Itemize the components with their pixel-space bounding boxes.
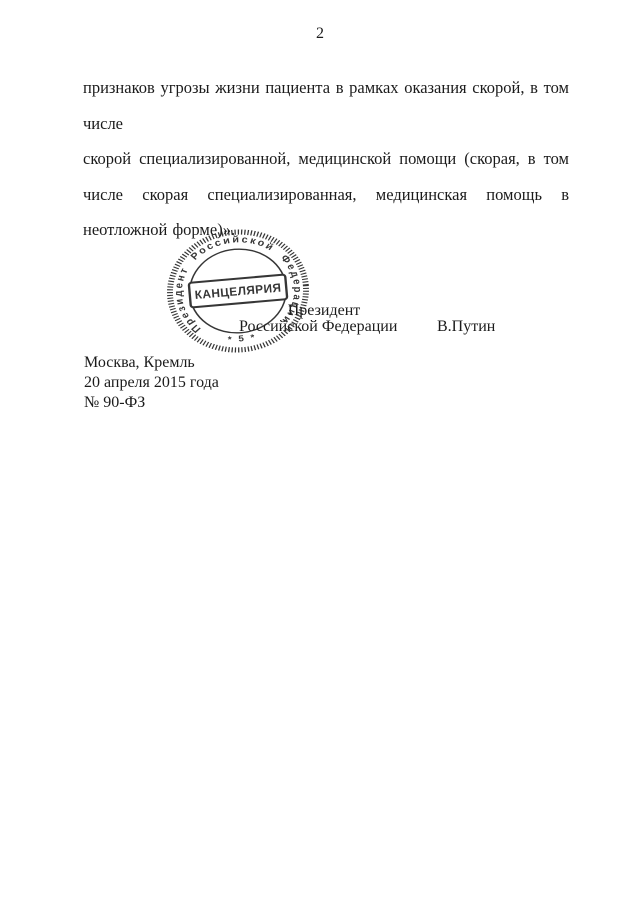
stamp-bottom-number: * 5 * bbox=[228, 333, 257, 345]
body-paragraph: признаков угрозы жизни пациента в рамках… bbox=[83, 70, 569, 248]
body-line: неотложной форме)». bbox=[83, 212, 569, 248]
body-line: признаков угрозы жизни пациента в рамках… bbox=[83, 70, 569, 141]
signature-name: В.Путин bbox=[437, 318, 495, 336]
issuance-block: Москва, Кремль 20 апреля 2015 года № 90-… bbox=[84, 353, 219, 413]
law-number: № 90-ФЗ bbox=[84, 393, 219, 413]
body-line: числе скорая специализированная, медицин… bbox=[83, 177, 569, 213]
chancellery-stamp-icon: Президент Российской Федерации * 5 * КАН… bbox=[159, 221, 318, 361]
body-line: скорой специализированной, медицинской п… bbox=[83, 141, 569, 177]
page-number: 2 bbox=[0, 25, 640, 43]
issuance-date: 20 апреля 2015 года bbox=[84, 373, 219, 393]
document-page: 2 признаков угрозы жизни пациента в рамк… bbox=[0, 0, 640, 905]
